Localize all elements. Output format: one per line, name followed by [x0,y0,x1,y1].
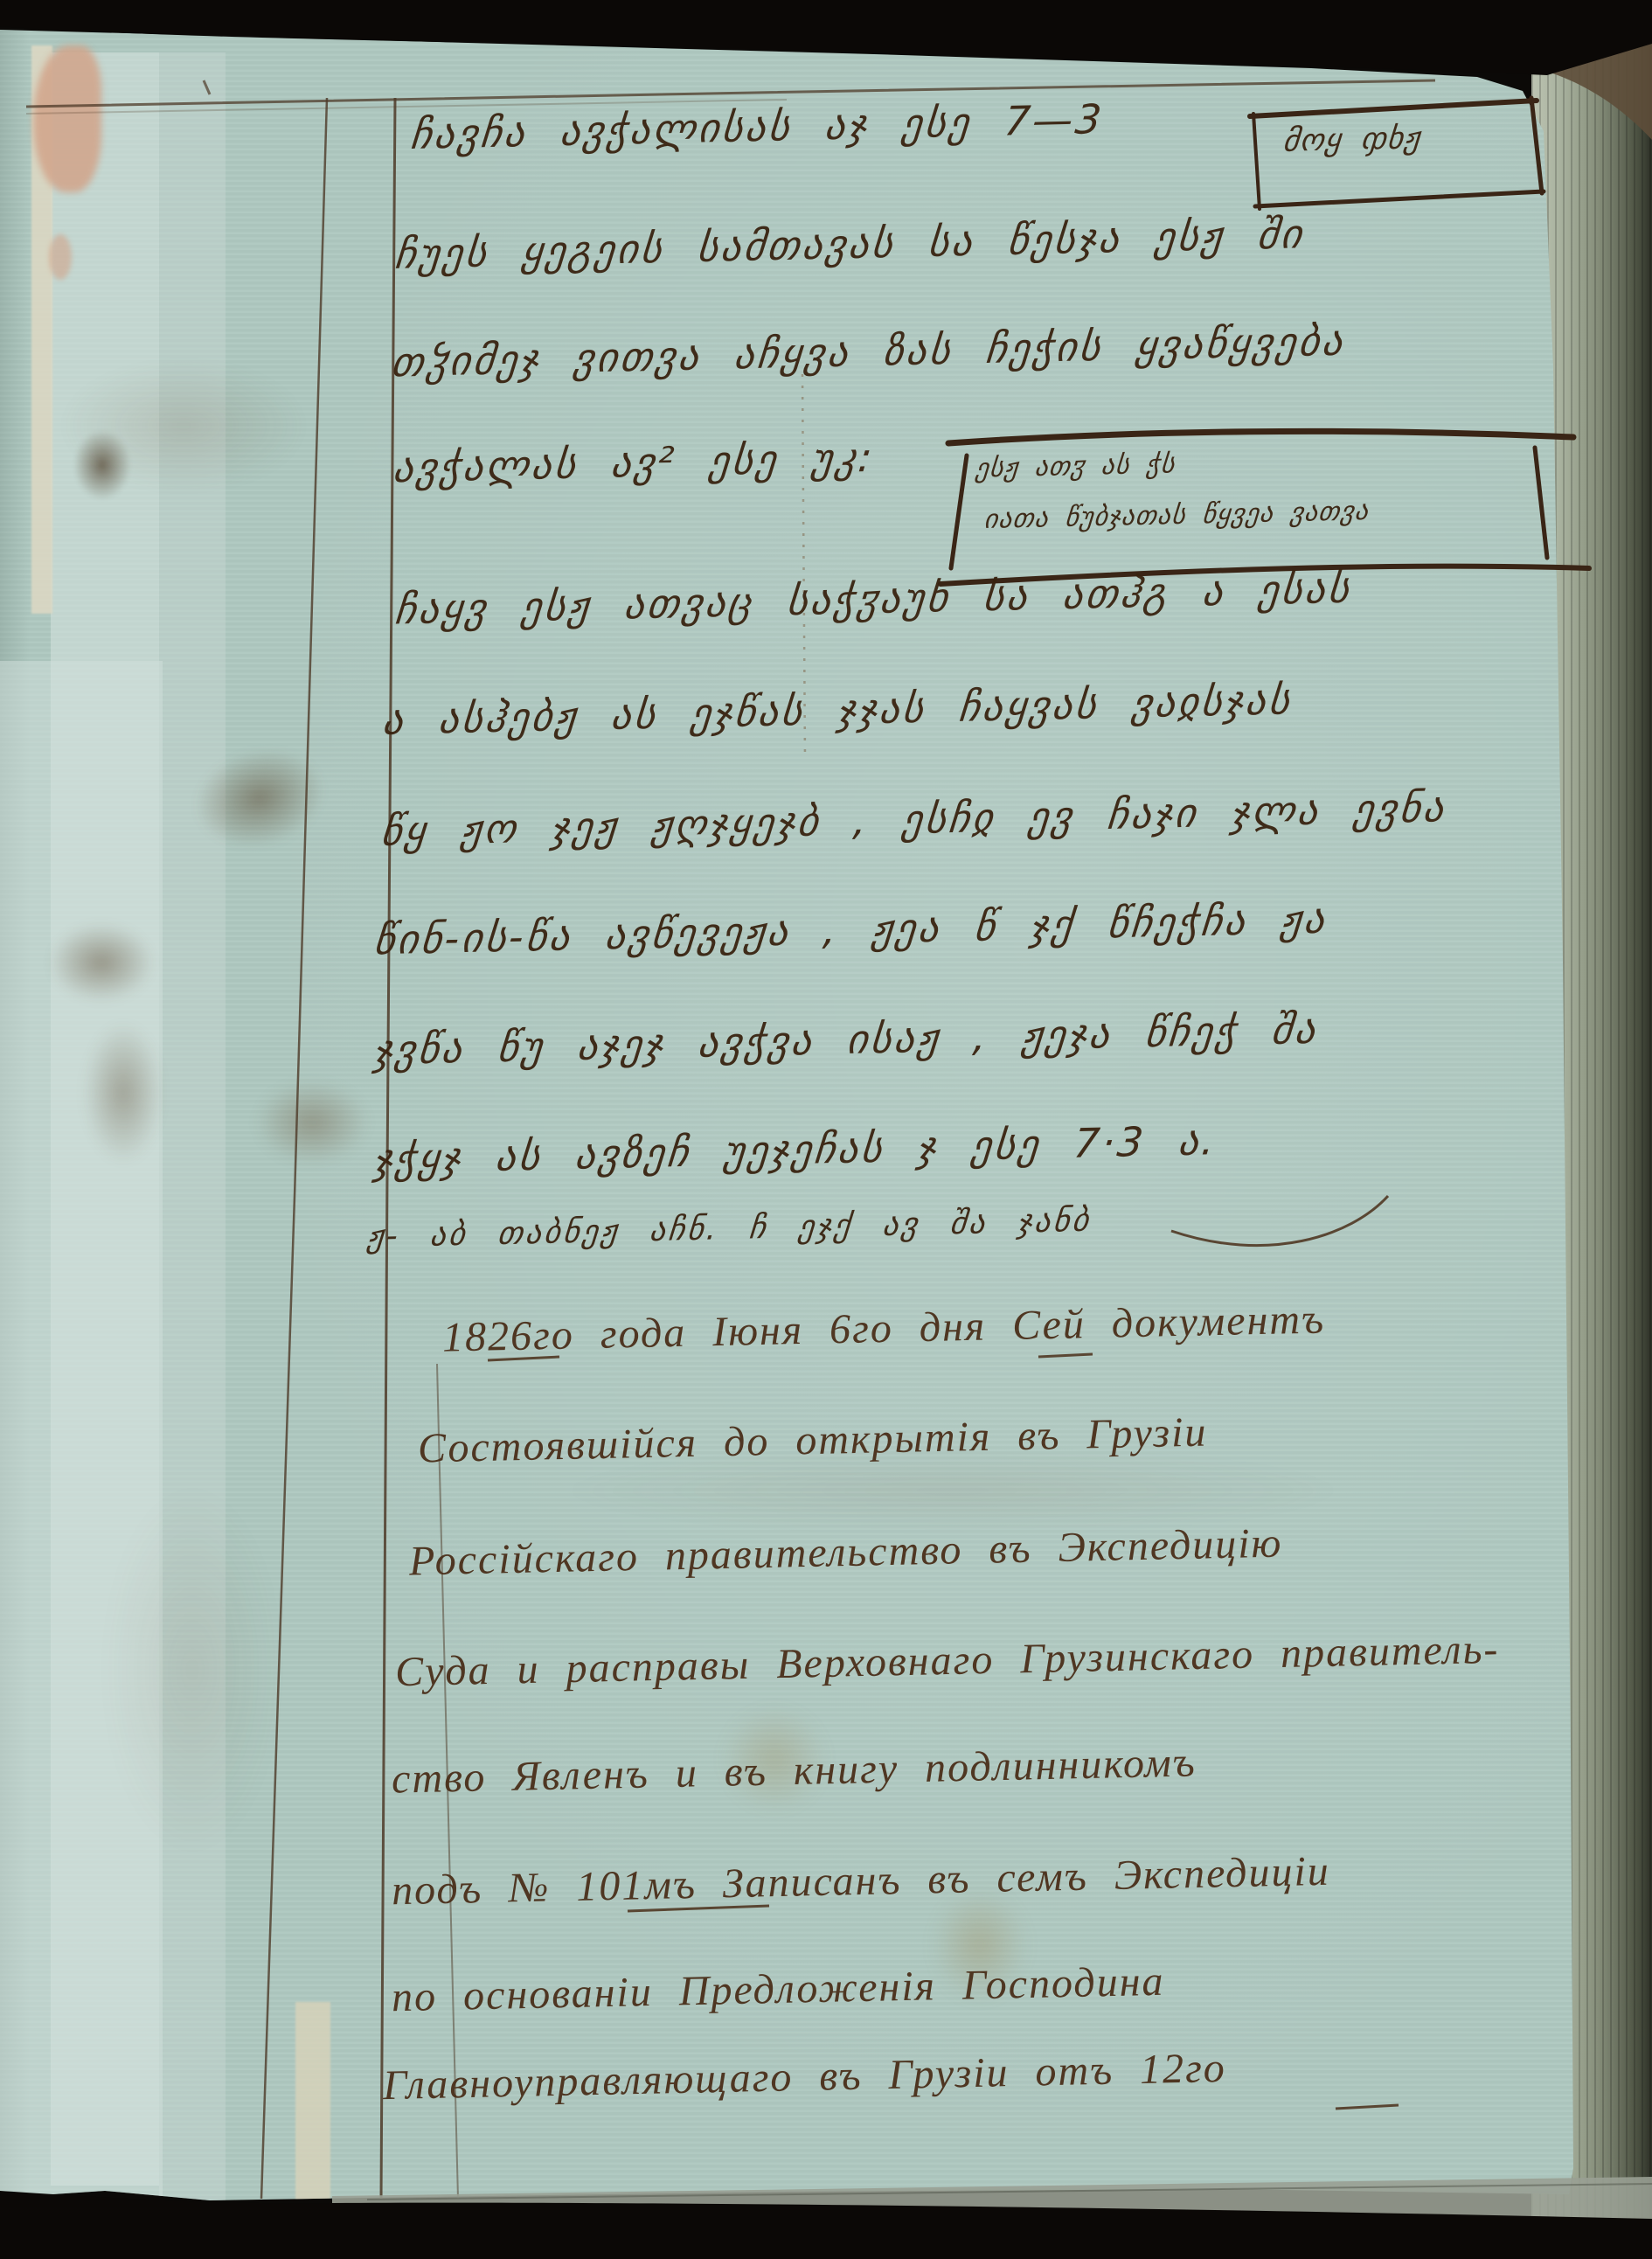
binding-stub-bottom [295,2002,330,2228]
ink-smudge [255,1081,369,1164]
bleedthrough-mark [61,360,306,491]
georgian-box1-text: მოყ ჶხჟ [1281,121,1422,159]
folio-number: 65 [1441,14,1495,74]
manuscript-photo: 65 ჩავჩა ავჭალისას აჯ ესე 7—3 მოყ ჶხჟ ჩუ… [0,0,1652,2259]
lower-left-light-area [0,661,163,2235]
bleedthrough-mark [105,1486,280,1853]
torn-patch-stain-small [49,234,72,280]
ink-blot [49,923,154,1002]
ink-blot [84,1023,163,1163]
bottom-black-band [0,2191,1652,2259]
georgian-box2-line-1: ესჟ ათჳ ას ჭს [974,448,1177,483]
torn-patch-stain [33,45,101,192]
